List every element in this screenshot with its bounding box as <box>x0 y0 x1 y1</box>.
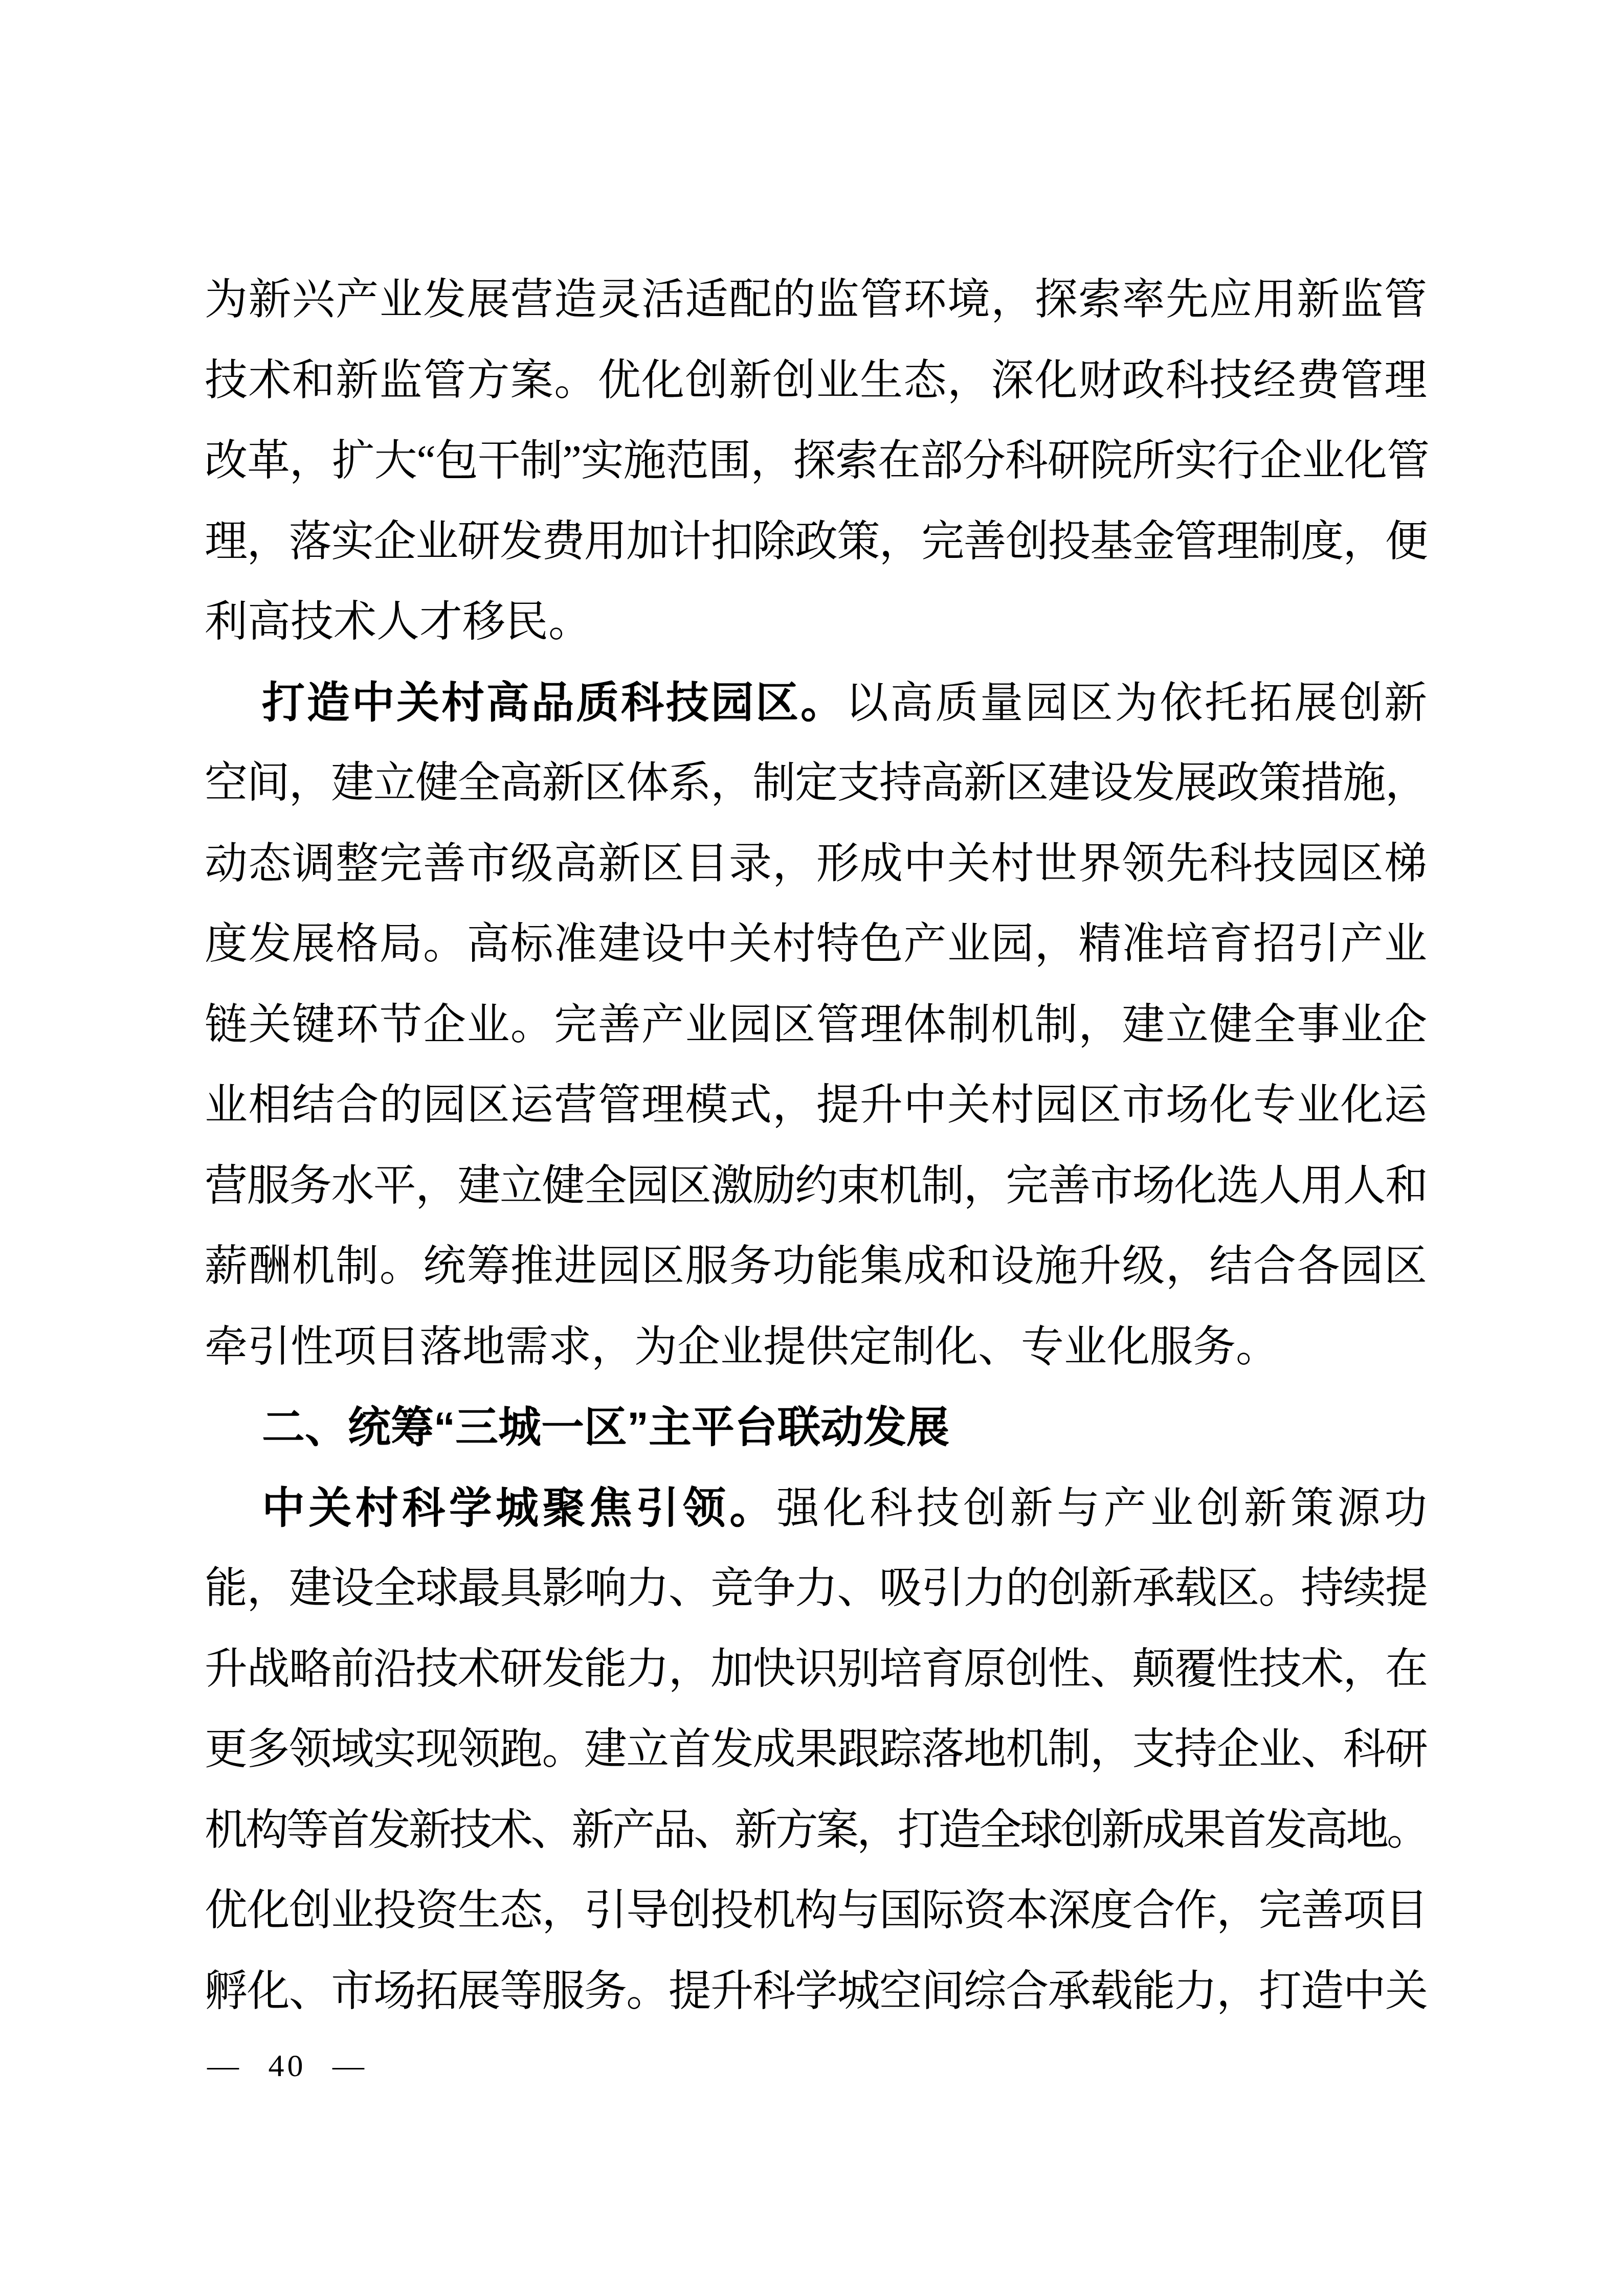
text-line: 空间，建立健全高新区体系，制定支持高新区建设发展政策措施， <box>205 743 1427 824</box>
text-line: 营服务水平，建立健全园区激励约束机制，完善市场化选人用人和 <box>205 1146 1427 1227</box>
document-page: 为新兴产业发展营造灵活适配的监管环境，探索率先应用新监管 技术和新监管方案。优化… <box>0 0 1624 2296</box>
text-line: 度发展格局。高标准建设中关村特色产业园，精准培育招引产业 <box>205 904 1427 985</box>
text-line: 利高技术人才移民。 <box>205 582 1427 663</box>
section-heading: 二、统筹“三城一区”主平台联动发展 <box>205 1387 1427 1468</box>
paragraph-lead: 打造中关村高品质科技园区。 <box>262 679 846 727</box>
text-line: 能，建设全球最具影响力、竞争力、吸引力的创新承载区。持续提 <box>205 1548 1427 1629</box>
page-number: — 40 — <box>207 2049 367 2083</box>
text-line: 链关键环节企业。完善产业园区管理体制机制，建立健全事业企 <box>205 985 1427 1066</box>
page-footer: — 40 — <box>207 2043 367 2089</box>
text-line: 更多领域实现领跑。建立首发成果跟踪落地机制，支持企业、科研 <box>205 1709 1427 1790</box>
text-line: 中关村科学城聚焦引领。强化科技创新与产业创新策源功 <box>205 1468 1427 1549</box>
text-line-body: 以高质量园区为依托拓展创新 <box>846 680 1427 727</box>
paragraph-lead: 中关村科学城聚焦引领。 <box>262 1484 776 1532</box>
text-line: 改革，扩大“包干制”实施范围，探索在部分科研院所实行企业化管 <box>205 421 1427 502</box>
text-line: 牵引性项目落地需求，为企业提供定制化、专业化服务。 <box>205 1307 1427 1388</box>
text-line: 技术和新监管方案。优化创新创业生态，深化财政科技经费管理 <box>205 341 1427 421</box>
text-line: 打造中关村高品质科技园区。以高质量园区为依托拓展创新 <box>205 663 1427 744</box>
text-block: 为新兴产业发展营造灵活适配的监管环境，探索率先应用新监管 技术和新监管方案。优化… <box>205 260 1427 2032</box>
text-line: 优化创业投资生态，引导创投机构与国际资本深度合作，完善项目 <box>205 1871 1427 1951</box>
text-line: 动态调整完善市级高新区目录，形成中关村世界领先科技园区梯 <box>205 824 1427 905</box>
text-line: 理，落实企业研发费用加计扣除政策，完善创投基金管理制度，便 <box>205 502 1427 582</box>
text-line-body: 强化科技创新与产业创新策源功 <box>776 1485 1427 1533</box>
text-line: 薪酬机制。统筹推进园区服务功能集成和设施升级，结合各园区 <box>205 1226 1427 1307</box>
text-line: 机构等首发新技术、新产品、新方案，打造全球创新成果首发高地。 <box>205 1790 1427 1871</box>
text-line: 业相结合的园区运营管理模式，提升中关村园区市场化专业化运 <box>205 1065 1427 1146</box>
text-line: 孵化、市场拓展等服务。提升科学城空间综合承载能力，打造中关 <box>205 1951 1427 2032</box>
text-line: 为新兴产业发展营造灵活适配的监管环境，探索率先应用新监管 <box>205 260 1427 341</box>
text-line: 升战略前沿技术研发能力，加快识别培育原创性、颠覆性技术，在 <box>205 1629 1427 1710</box>
